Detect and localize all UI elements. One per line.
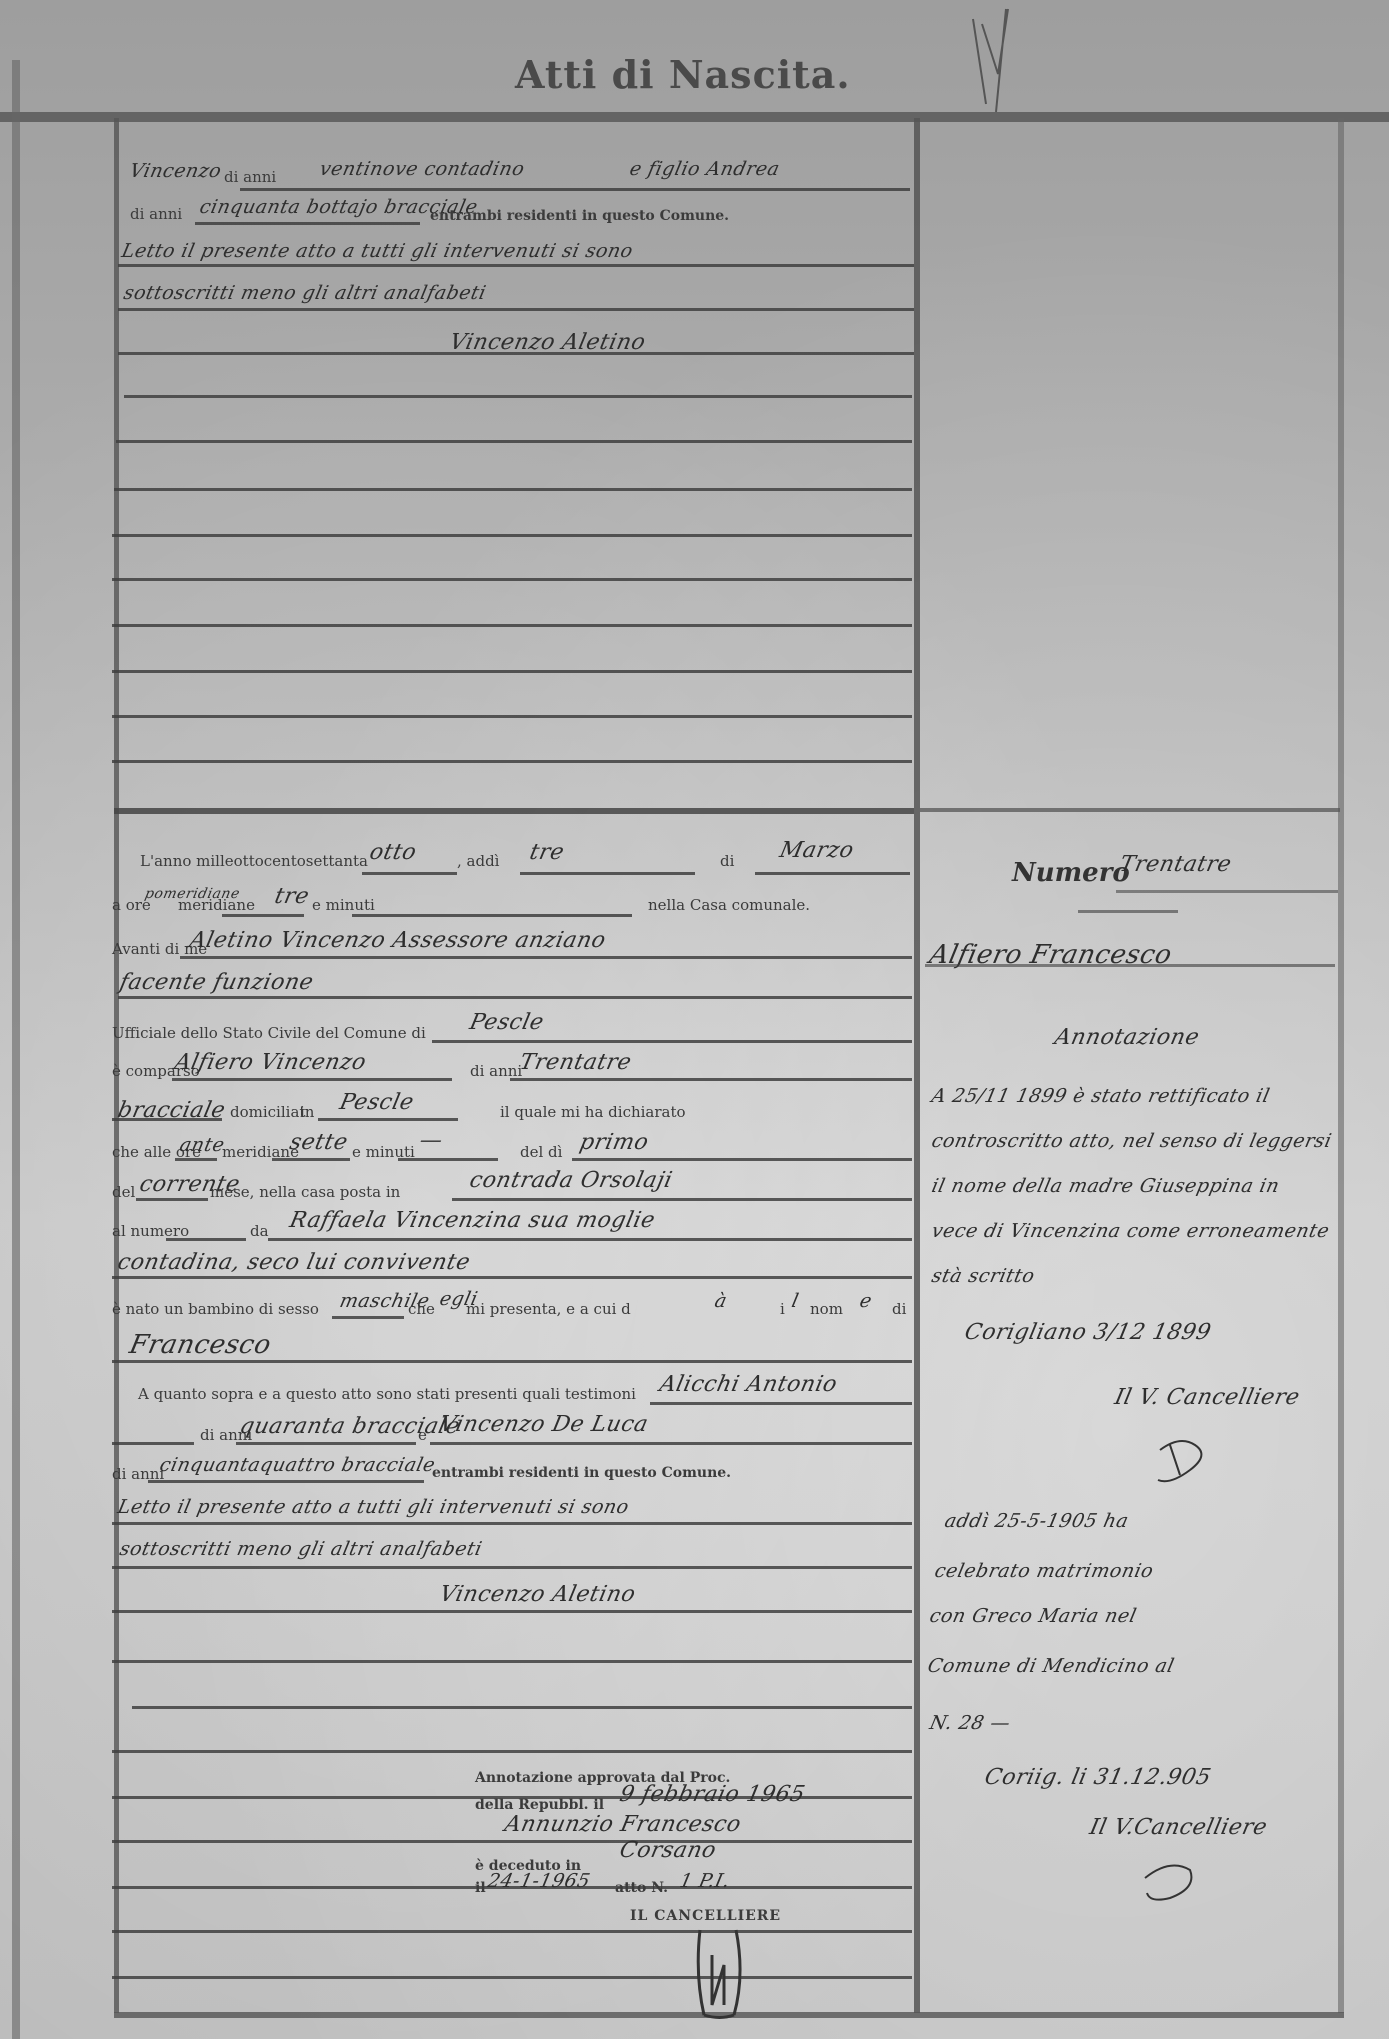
annotation-text: vece di Vincenzina come erroneamente [930, 1220, 1332, 1242]
printed-label: è nato un bambino di sesso [112, 1300, 319, 1318]
printed-label: i [780, 1300, 785, 1318]
handwritten-age: Trentatre [517, 1050, 634, 1075]
printed-label: in [300, 1103, 314, 1121]
handwritten-text: ante [178, 1134, 227, 1156]
handwritten-place: Pescle [337, 1090, 416, 1115]
annotation-text: con Greco Maria nel [928, 1605, 1139, 1627]
handwritten-comune: Pescle [467, 1010, 546, 1035]
handwritten-date: 24-1-1965 [486, 1870, 593, 1892]
stamp-text: il [475, 1880, 486, 1896]
annotation-text: N. 28 — [928, 1712, 1013, 1734]
printed-label: di anni [130, 205, 182, 223]
annotation-text: addì 25-5-1905 ha [943, 1510, 1131, 1532]
annotation-signature: Il V. Cancelliere [1112, 1385, 1302, 1410]
handwritten-mother: Raffaela Vincenzina sua moglie [287, 1208, 657, 1233]
handwritten-act-number: Trentatre [1117, 852, 1234, 877]
annotation-text: controscritto atto, nel senso di leggers… [930, 1130, 1334, 1152]
handwritten-day: primo [577, 1130, 651, 1155]
printed-label: del dì [520, 1143, 562, 1161]
handwritten-place: contrada Orsolaji [467, 1168, 674, 1193]
handwritten-name: Vincenzo [128, 160, 224, 182]
stamp-text: della Repubbl. il [475, 1797, 604, 1813]
annotation-text: stà scritto [930, 1265, 1037, 1287]
handwritten-witness: Alicchi Antonio [657, 1372, 839, 1397]
printed-label: nom [810, 1300, 843, 1318]
printed-label: nella Casa comunale. [648, 896, 810, 914]
annotation-date: Coriig. li 31.12.905 [982, 1765, 1213, 1790]
handwritten-text: — [417, 1128, 445, 1153]
handwritten-day: tre [527, 840, 566, 865]
handwritten-month: Marzo [777, 838, 856, 863]
handwritten-hour: tre [272, 884, 311, 909]
printed-label: il quale mi ha dichiarato [500, 1103, 686, 1121]
vice-chancellor-flourish [1150, 1430, 1220, 1490]
printed-label: e [418, 1426, 427, 1444]
handwritten-name: Annunzio Francesco [502, 1812, 743, 1837]
printed-label: di anni [224, 168, 276, 186]
handwritten-text: e [858, 1290, 874, 1312]
chancellor-signature [690, 1925, 750, 2020]
printed-label: , addì [457, 852, 499, 870]
handwritten-age: cinquantaquattro bracciale [158, 1454, 438, 1476]
annotation-date: Corigliano 3/12 1899 [962, 1320, 1213, 1345]
printed-label: da [250, 1222, 269, 1240]
printed-label: mi presenta, e a cui d [466, 1300, 631, 1318]
annotation-text: celebrato matrimonio [933, 1560, 1156, 1582]
printed-label: del [112, 1183, 135, 1201]
handwritten-text: e figlio Andrea [628, 158, 782, 180]
stamp-text: IL CANCELLIERE [630, 1908, 781, 1924]
handwritten-text: ventinove contadino [318, 158, 527, 180]
printed-label: mese, nella casa posta in [210, 1183, 400, 1201]
handwritten-place: Corsano [617, 1838, 718, 1863]
printed-label: di [892, 1300, 906, 1318]
handwritten-text: Letto il presente atto a tutti gli inter… [120, 240, 635, 262]
handwritten-date: 9 febbraio 1965 [617, 1782, 807, 1807]
printed-label: entrambi residenti in questo Comune. [430, 208, 729, 224]
printed-label: A quanto sopra e a questo atto sono stat… [138, 1385, 636, 1403]
handwritten-text: sottoscritti meno gli altri analfabeti [122, 282, 489, 304]
handwritten-check-mark [968, 4, 1018, 114]
handwritten-age: quaranta bracciale [237, 1414, 462, 1439]
annotation-text: Comune di Mendicino al [926, 1655, 1177, 1677]
outer-left-border [12, 60, 20, 2039]
handwritten-number: 1 P.I. [678, 1870, 732, 1892]
annotation-signature: Il V.Cancelliere [1087, 1815, 1269, 1840]
handwritten-witness: Vincenzo De Luca [437, 1412, 650, 1437]
numero-label: Numero [1012, 858, 1130, 888]
handwritten-year: otto [367, 840, 418, 865]
printed-label: e minuti [312, 896, 375, 914]
handwritten-child-name: Francesco [127, 1330, 274, 1360]
annotation-text: il nome della madre Giuseppina in [930, 1175, 1282, 1197]
act-separator [114, 808, 914, 814]
printed-label: domiciliat [230, 1103, 305, 1121]
page-title: Atti di Nascita. [515, 52, 851, 97]
margin-column-divider [914, 118, 920, 2013]
handwritten-declarant: Alfiero Vincenzo [172, 1050, 368, 1075]
printed-label: L'anno milleottocentosettanta [140, 852, 368, 870]
handwritten-text: l [790, 1290, 801, 1312]
signature: Vincenzo Aletino [437, 1582, 638, 1607]
margin-column-right-border [1338, 118, 1344, 2013]
printed-label: che [408, 1300, 435, 1318]
vice-chancellor-flourish [1135, 1858, 1205, 1908]
handwritten-text: facente funzione [117, 970, 315, 995]
handwritten-text: à [713, 1290, 730, 1312]
handwritten-hour: sette [287, 1130, 350, 1155]
margin-separator [920, 808, 1340, 812]
printed-label: meridiane [178, 896, 255, 914]
handwritten-text: Letto il presente atto a tutti gli inter… [116, 1496, 631, 1518]
handwritten-text: contadina, seco lui convivente [115, 1250, 472, 1275]
stamp-text: atto N. [615, 1880, 668, 1896]
annotation-title: Annotazione [1052, 1025, 1201, 1050]
printed-label: entrambi residenti in questo Comune. [432, 1465, 731, 1481]
handwritten-officer: Aletino Vincenzo Assessore anziano [187, 928, 608, 953]
handwritten-text: sottoscritti meno gli altri analfabeti [118, 1538, 485, 1560]
printed-label: Ufficiale dello Stato Civile del Comune … [112, 1024, 426, 1042]
top-rule [0, 112, 1389, 122]
printed-label: di [720, 852, 734, 870]
annotation-text: A 25/11 1899 è stato rettificato il [930, 1085, 1272, 1107]
